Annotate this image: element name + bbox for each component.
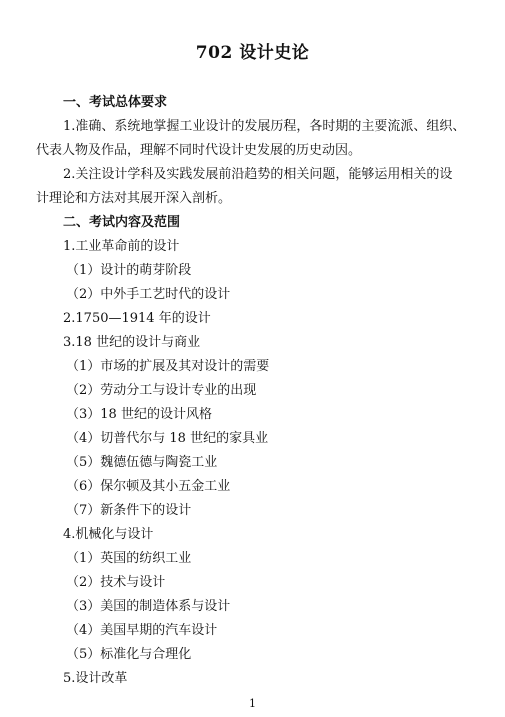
list-subitem: （4）美国早期的汽车设计 bbox=[66, 623, 217, 639]
list-subitem: （2）技术与设计 bbox=[66, 575, 165, 591]
list-subitem: （3）18 世纪的设计风格 bbox=[66, 407, 212, 423]
list-subitem: （2）劳动分工与设计专业的出现 bbox=[66, 383, 256, 399]
list-subitem: （1）市场的扩展及其对设计的需要 bbox=[66, 359, 269, 375]
section-heading-general-requirements: 一、考试总体要求 bbox=[63, 95, 167, 111]
document-page: 702 设计史论 一、考试总体要求 1.准确、系统地掌握工业设计的发展历程，各时… bbox=[0, 0, 505, 717]
page-number: 1 bbox=[0, 697, 505, 710]
paragraph-line: 2.关注设计学科及实践发展前沿趋势的相关问题，能够运用相关的设 bbox=[63, 167, 452, 183]
list-item: 2.1750—1914 年的设计 bbox=[63, 311, 211, 327]
list-item: 1.工业革命前的设计 bbox=[63, 239, 179, 255]
list-subitem: （1）设计的萌芽阶段 bbox=[66, 263, 191, 279]
list-subitem: （1）英国的纺织工业 bbox=[66, 551, 191, 567]
list-subitem: （4）切普代尔与 18 世纪的家具业 bbox=[66, 431, 268, 447]
document-title: 702 设计史论 bbox=[0, 38, 505, 63]
paragraph-line: 1.准确、系统地掌握工业设计的发展历程，各时期的主要流派、组织、 bbox=[63, 119, 465, 135]
list-subitem: （2）中外手工艺时代的设计 bbox=[66, 287, 230, 303]
paragraph-line: 计理论和方法对其展开深入剖析。 bbox=[36, 191, 231, 207]
list-subitem: （5）魏德伍德与陶瓷工业 bbox=[66, 455, 217, 471]
list-subitem: （6）保尔顿及其小五金工业 bbox=[66, 479, 230, 495]
list-subitem: （3）美国的制造体系与设计 bbox=[66, 599, 230, 615]
list-subitem: （5）标准化与合理化 bbox=[66, 647, 191, 663]
section-heading-content-scope: 二、考试内容及范围 bbox=[63, 215, 180, 231]
list-item: 5.设计改革 bbox=[63, 671, 127, 687]
list-item: 4.机械化与设计 bbox=[63, 527, 153, 543]
list-subitem: （7）新条件下的设计 bbox=[66, 503, 191, 519]
list-item: 3.18 世纪的设计与商业 bbox=[63, 335, 200, 351]
paragraph-line: 代表人物及作品，理解不同时代设计史发展的历史动因。 bbox=[36, 143, 361, 159]
